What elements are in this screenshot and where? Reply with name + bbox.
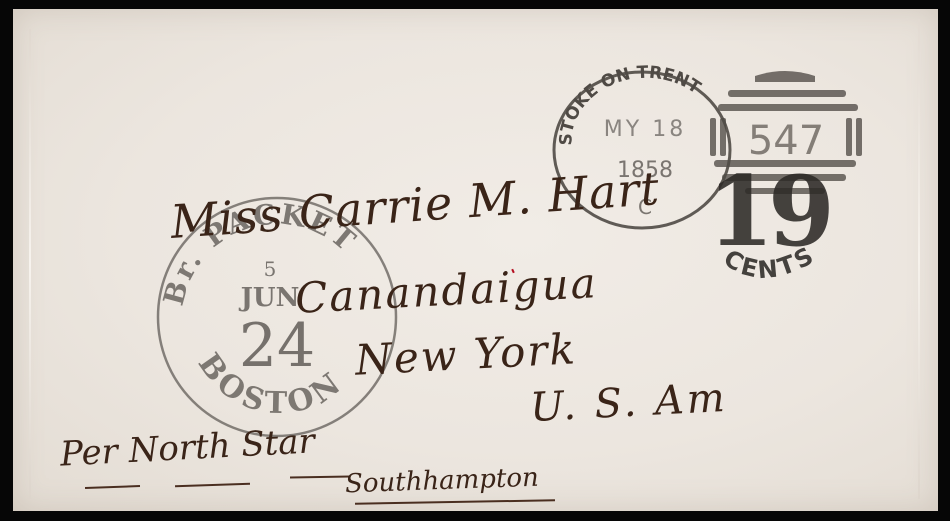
stoke-date: MY 18 xyxy=(604,117,686,142)
boston-month: JUN xyxy=(239,283,300,313)
due-19-cents-marking: 19 CENTS xyxy=(710,140,870,310)
envelope-fold-right xyxy=(918,19,920,499)
envelope-fold-left xyxy=(29,29,31,499)
boston-line1: 5 xyxy=(264,257,277,281)
